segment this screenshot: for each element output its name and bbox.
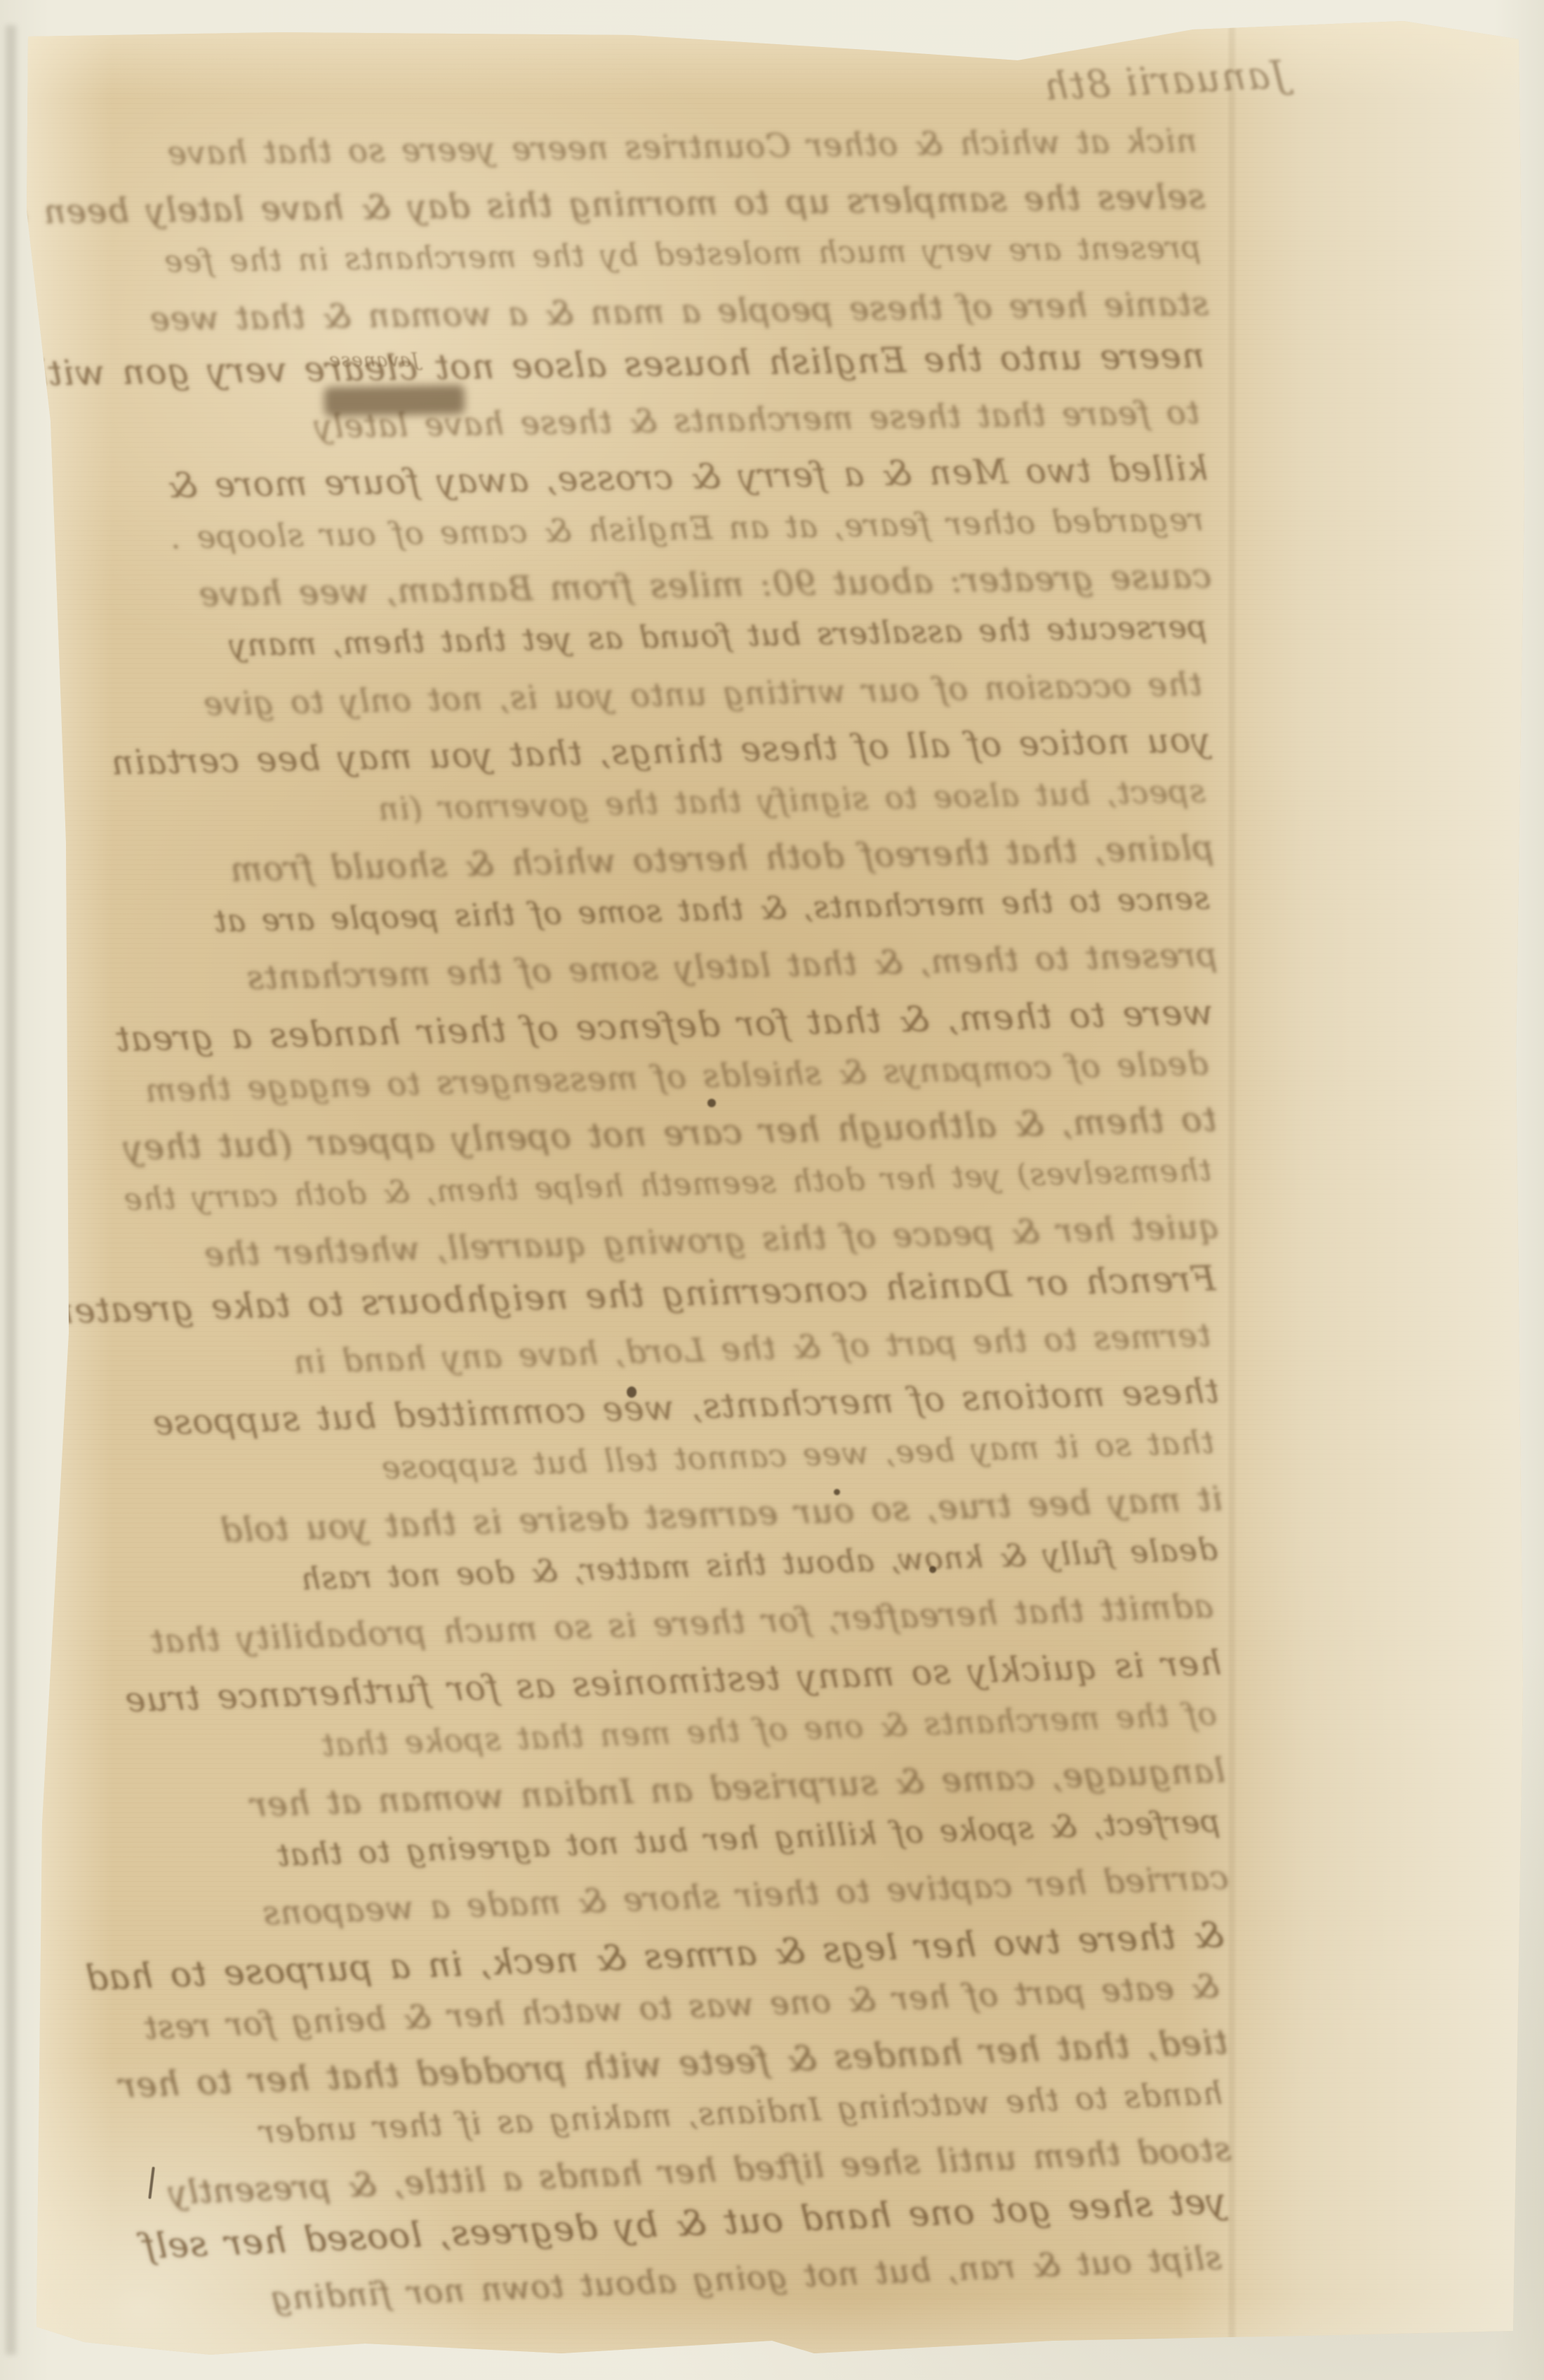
- ink-speck: [834, 1489, 840, 1495]
- strikeout-blot: [324, 385, 465, 416]
- scan-edge-shadow: [6, 25, 16, 2355]
- manuscript-page: Januarii 8th nick at which & other Count…: [0, 0, 1544, 2380]
- ink-speck: [929, 1566, 936, 1573]
- ink-speck: [707, 1099, 716, 1107]
- scanned-document: { "scan": { "background_color": "#edeadc…: [0, 0, 1544, 2380]
- interlinear-correction: Javanese: [328, 349, 419, 371]
- handwriting-show-through-layer: nick at which & other Countries neere ye…: [53, 114, 1234, 2317]
- ink-speck: [627, 1386, 637, 1398]
